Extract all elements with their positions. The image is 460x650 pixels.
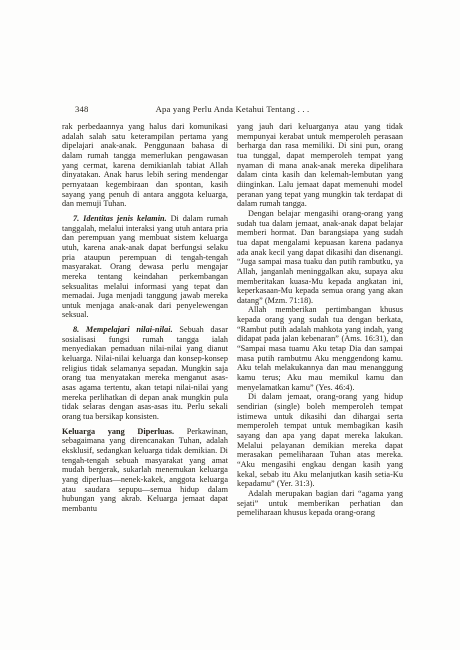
paragraph: Allah memberikan pertimbangan khusus kep… (237, 305, 403, 392)
left-column: rak perbedaannya yang halus dari komunik… (62, 122, 228, 518)
paragraph: Adalah merupakan bagian dari “agama yang… (237, 489, 403, 518)
page-number: 348 (75, 103, 89, 116)
paragraph: Di dalam jemaat, orang-orang yang hidup … (237, 392, 403, 489)
right-column: yang jauh dari keluarganya atau yang tid… (237, 122, 403, 518)
book-page: 348 Apa yang Perlu Anda Ketahui Tentang … (0, 0, 460, 650)
paragraph-text: Adalah merupakan bagian dari “agama yang… (237, 489, 403, 517)
paragraph-continuation: yang jauh dari keluarganya atau yang tid… (237, 122, 403, 209)
running-header: 348 Apa yang Perlu Anda Ketahui Tentang … (62, 103, 403, 116)
paragraph-text: Di dalam rumah tanggalah, melalui intera… (62, 214, 228, 320)
paragraph-text: Perkawinan, sebagaimana yang direncanaka… (62, 427, 228, 513)
paragraph-lead: 8. Mempelajari nilai-nilai. (73, 325, 173, 334)
running-title: Apa yang Perlu Anda Ketahui Tentang . . … (156, 104, 310, 114)
paragraph-text: Allah memberikan pertimbangan khusus kep… (237, 305, 403, 391)
paragraph-section-keluarga-yang-diperluas: Keluarga yang Diperluas. Perkawinan, seb… (62, 427, 228, 514)
paragraph-text: Dengan belajar mengasihi orang-orang yan… (237, 209, 403, 305)
paragraph: Dengan belajar mengasihi orang-orang yan… (237, 209, 403, 306)
paragraph-lead: 7. Identitas jenis kelamin. (73, 214, 167, 223)
paragraph-text: yang jauh dari keluarganya atau yang tid… (237, 122, 403, 208)
paragraph-text: Di dalam jemaat, orang-orang yang hidup … (237, 392, 403, 488)
paragraph-text: Sebuah dasar sosialisasi fungsi rumah ta… (62, 325, 228, 421)
text-columns: rak perbedaannya yang halus dari komunik… (62, 122, 403, 518)
paragraph-item-7: 7. Identitas jenis kelamin. Di dalam rum… (62, 214, 228, 320)
section-heading: Keluarga yang Diperluas. (62, 427, 174, 436)
paragraph-item-8: 8. Mempelajari nilai-nilai. Sebuah dasar… (62, 325, 228, 422)
paragraph-text: rak perbedaannya yang halus dari komunik… (62, 122, 228, 208)
paragraph-continuation: rak perbedaannya yang halus dari komunik… (62, 122, 228, 209)
